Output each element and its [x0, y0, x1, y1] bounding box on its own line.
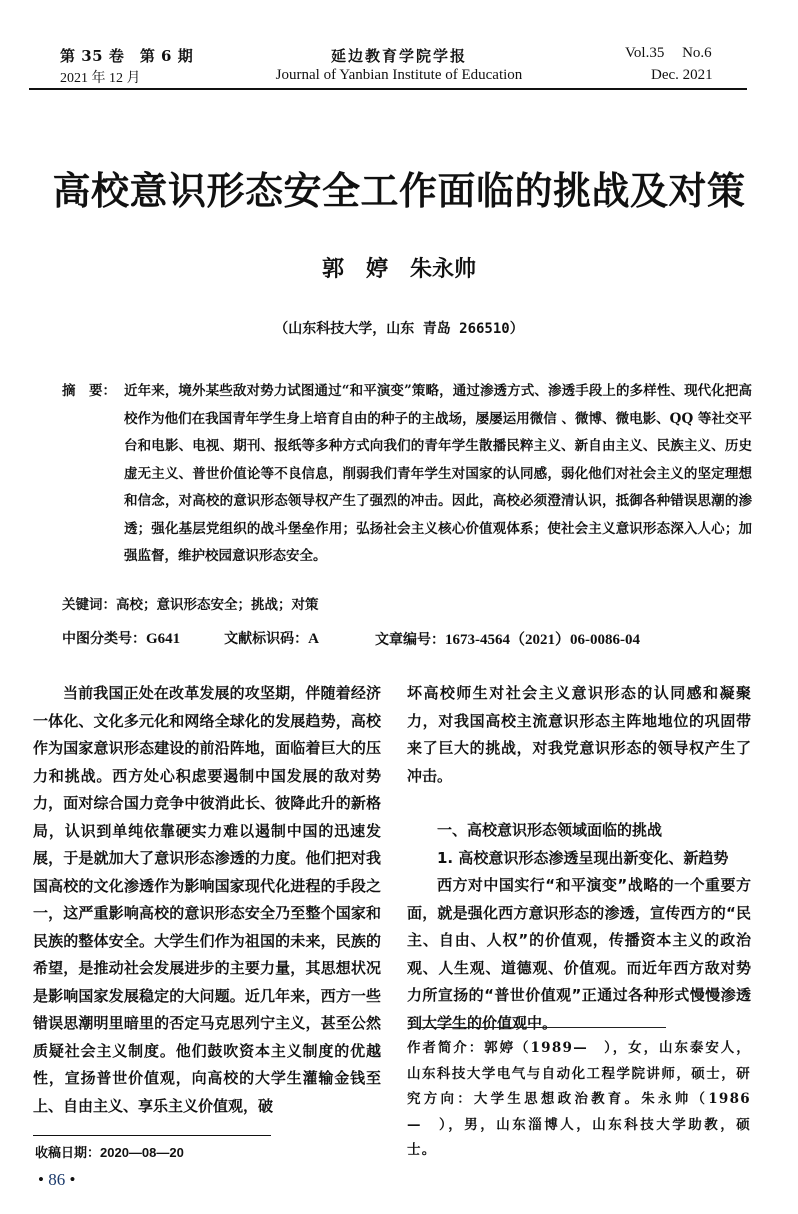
header-rule: [29, 88, 747, 90]
body-column-right: 坏高校师生对社会主义意识形态的认同感和凝聚力，对我国高校主流意识形态主阵地地位的…: [407, 680, 751, 1037]
author-list: 郭 婷朱永帅: [0, 252, 798, 283]
body-paragraph: 当前我国正处在改革发展的攻坚期，伴随着经济一体化、文化多元化和网络全球化的发展趋…: [33, 680, 381, 1120]
abstract-label: 摘 要：: [62, 378, 116, 406]
body-paragraph: 西方对中国实行“和平演变”战略的一个重要方面，就是强化西方意识形态的渗透，宣传西…: [407, 872, 751, 1037]
body-column-left: 当前我国正处在改革发展的攻坚期，伴随着经济一体化、文化多元化和网络全球化的发展趋…: [33, 680, 381, 1120]
received-label: 收稿日期：: [35, 1146, 100, 1161]
footnote-rule-right: [410, 1027, 666, 1028]
received-date: 收稿日期：2020—08—20: [35, 1142, 184, 1161]
author-name: 朱永帅: [410, 256, 476, 282]
vol-no-en: Vol.35 No.6: [625, 45, 712, 62]
received-value: 2020—08—20: [100, 1145, 184, 1160]
article-title: 高校意识形态安全工作面临的挑战及对策: [0, 160, 798, 215]
date-en: Dec. 2021: [651, 67, 713, 84]
page-number: • 86 •: [38, 1170, 75, 1190]
author-name: 郭 婷: [322, 256, 388, 282]
footnote-rule-left: [33, 1135, 271, 1136]
affiliation: （山东科技大学，山东 青岛 266510）: [0, 318, 798, 338]
keywords-label: 关键词：: [62, 597, 116, 613]
article-number: 文章编号：1673-4564（2021）06-0086-04: [375, 628, 640, 649]
classification-row: 中图分类号：G641 文献标识码：A 文章编号：1673-4564（2021）0…: [62, 628, 680, 649]
keywords: 关键词：高校；意识形态安全；挑战；对策: [62, 593, 319, 613]
clc-number: 中图分类号：G641: [62, 628, 180, 649]
author-bio: 作者简介：郭婷（1989— ），女，山东泰安人，山东科技大学电气与自动化工程学院…: [407, 1036, 751, 1164]
section-heading: 一、高校意识形态领域面临的挑战: [407, 817, 751, 845]
body-paragraph-continued: 坏高校师生对社会主义意识形态的认同感和凝聚力，对我国高校主流意识形态主阵地地位的…: [407, 680, 751, 790]
abstract: 摘 要： 近年来，境外某些敌对势力试图通过“和平演变”策略，通过渗透方式、渗透手…: [62, 378, 752, 571]
abstract-text: 近年来，境外某些敌对势力试图通过“和平演变”策略，通过渗透方式、渗透手段上的多样…: [124, 378, 752, 571]
document-code: 文献标识码：A: [224, 628, 319, 649]
keywords-text: 高校；意识形态安全；挑战；对策: [116, 597, 319, 613]
page-number-value: 86: [48, 1170, 65, 1189]
subsection-heading: 1. 高校意识形态渗透呈现出新变化、新趋势: [407, 845, 751, 873]
